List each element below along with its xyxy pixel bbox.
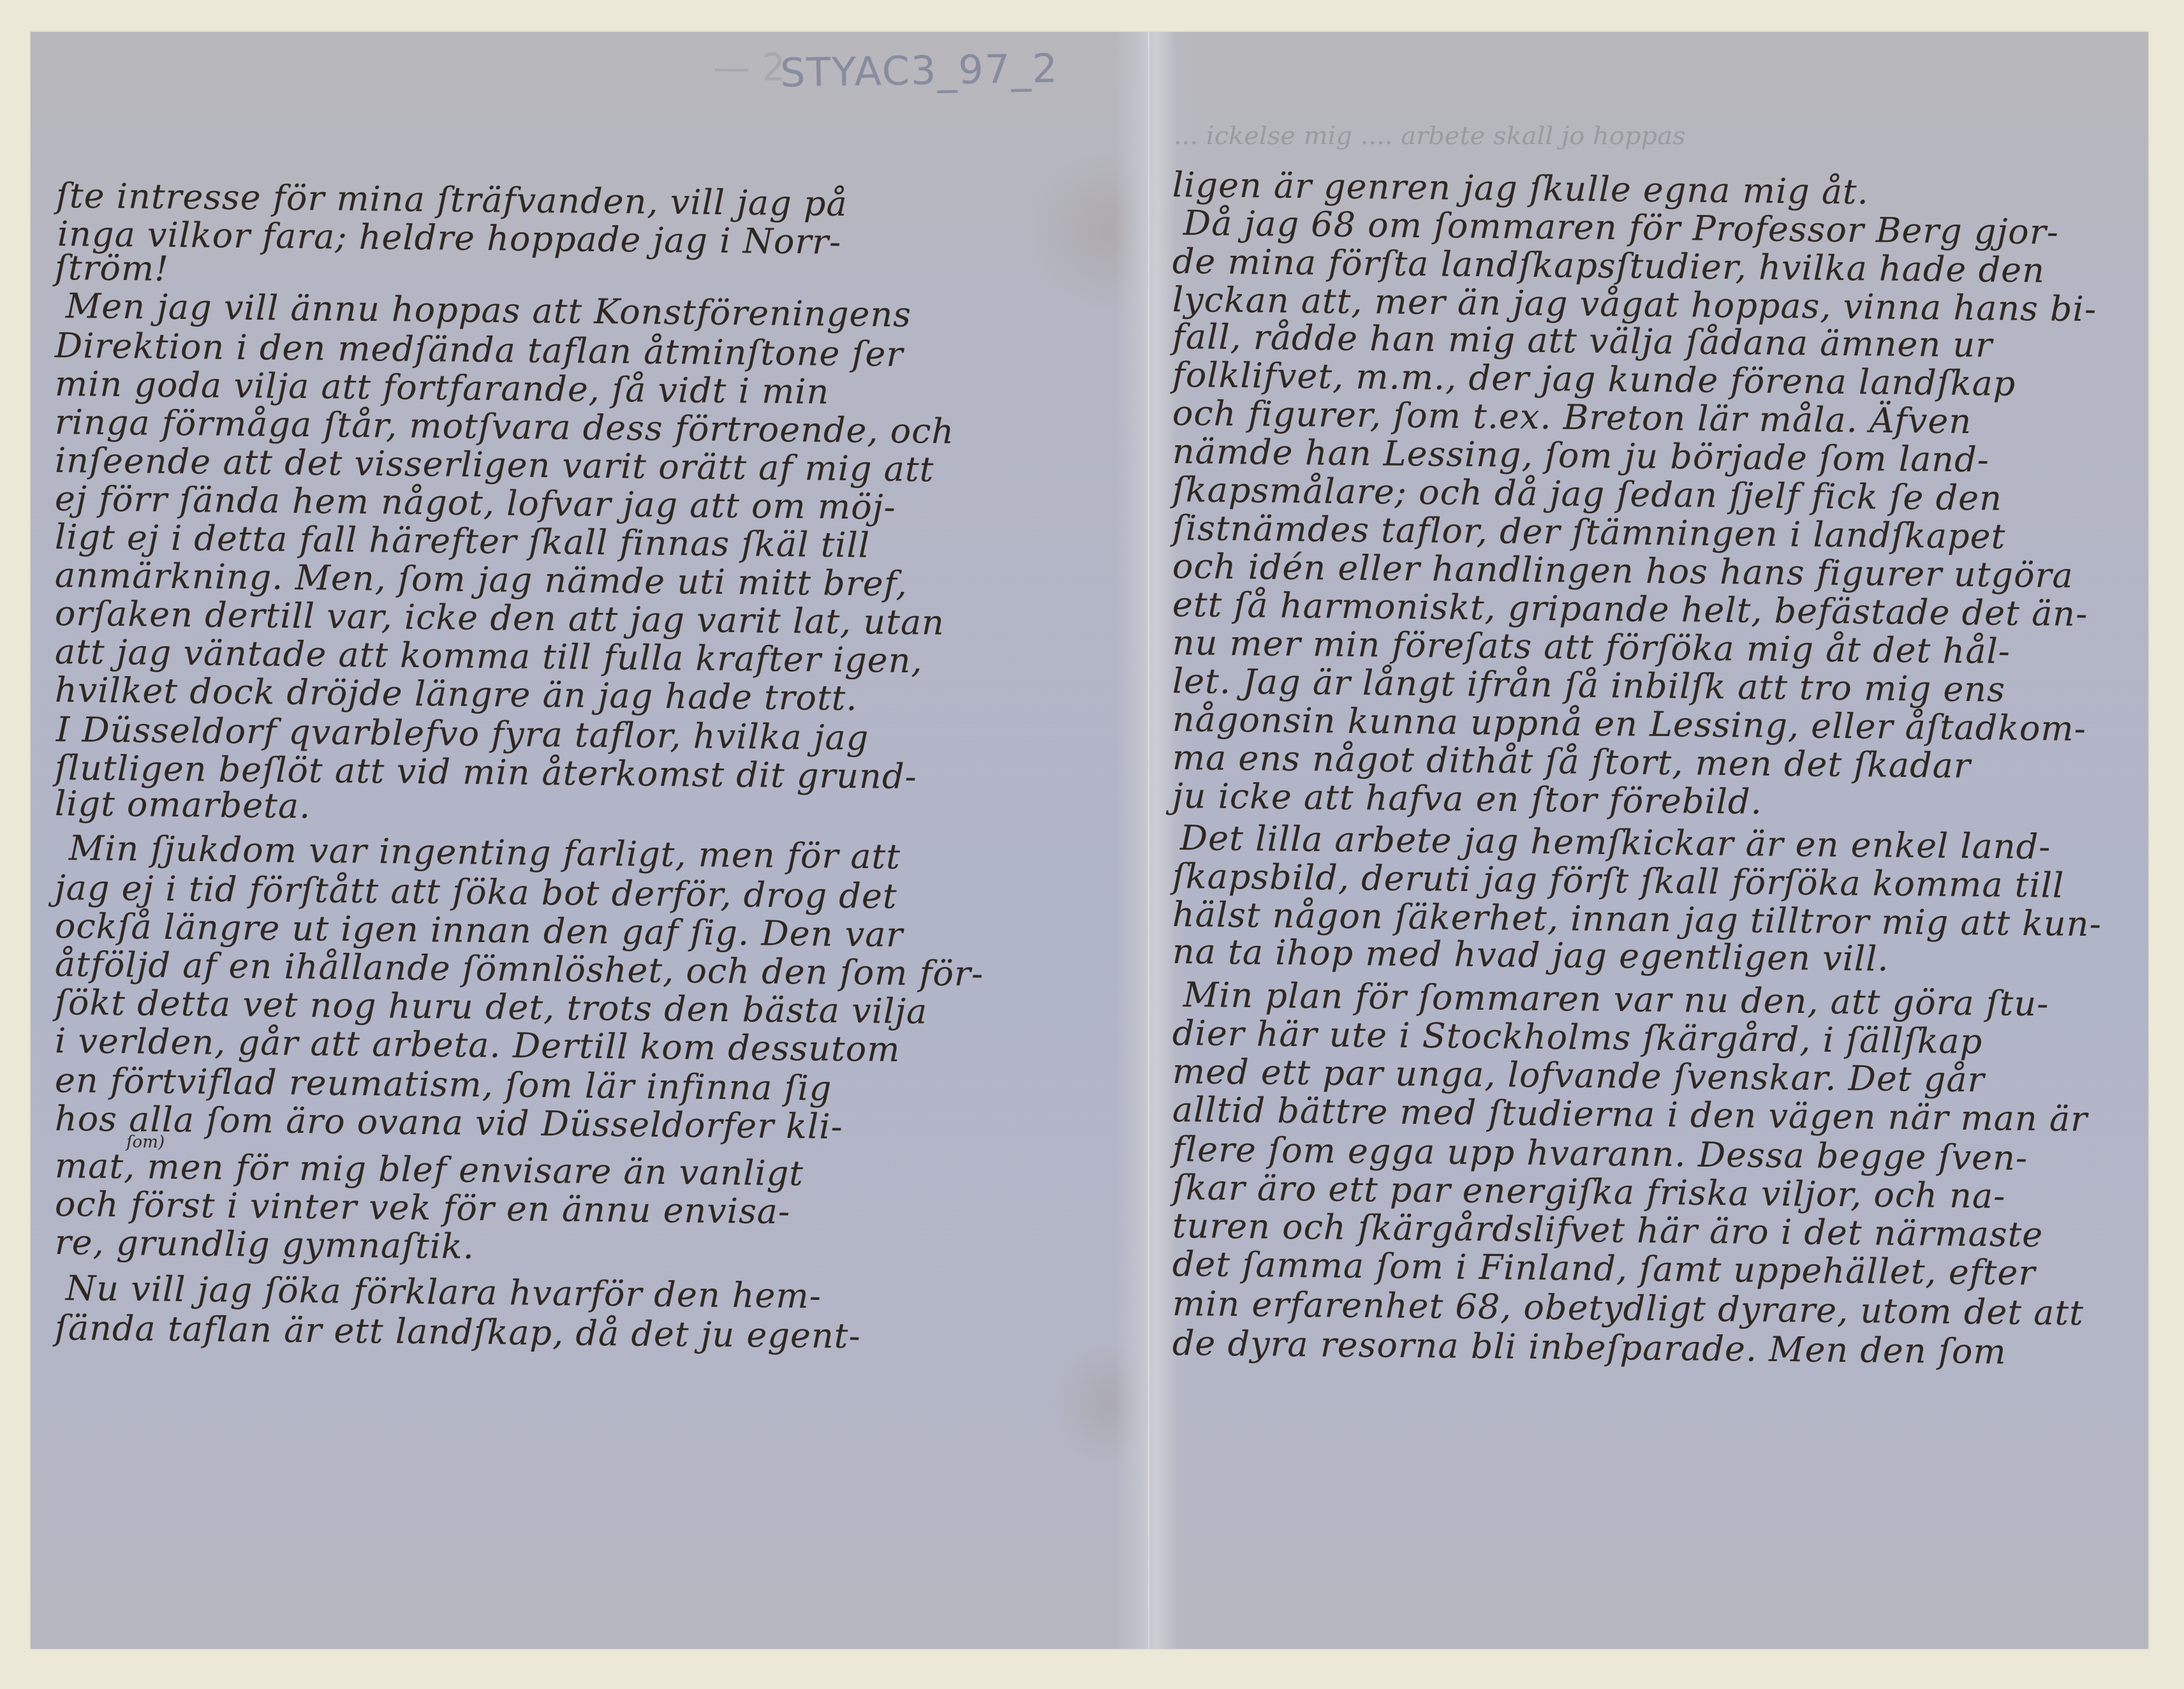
letter-line: hos alla ſom äro ovana vid Düsseldorfer … xyxy=(55,1098,843,1147)
letter-line: re, grundlig gymnaſtik. xyxy=(55,1222,475,1267)
letter-line: ju icke att hafva en ſtor förebild. xyxy=(1172,776,1762,822)
letter-line: de dyra resorna bli inbeſparade. Men den… xyxy=(1172,1323,2007,1372)
letter-sheet: — 2 STYAC3_97_2 ſte intresse för mina ſt… xyxy=(31,32,2148,1649)
left-page: ſte intresse för mina ſträfvanden, vill … xyxy=(31,32,1123,1649)
bleed-through-text: ... ickelse mig .... arbete skall jo hop… xyxy=(1174,121,1686,151)
letter-line: ſända taflan är ett landſkap, då det ju … xyxy=(55,1308,861,1356)
letter-line: na ta ihop med hvad jag egentligen vill. xyxy=(1172,931,1889,979)
letter-line: inga vilkor fara; heldre hoppade jag i N… xyxy=(57,214,842,262)
right-page: ... ickelse mig .... arbete skall jo hop… xyxy=(1148,32,2148,1649)
letter-line: ſtröm! xyxy=(55,247,170,289)
letter-line: ligt omarbeta. xyxy=(55,783,311,826)
scan-stage: — 2 STYAC3_97_2 ſte intresse för mina ſt… xyxy=(0,0,2184,1689)
